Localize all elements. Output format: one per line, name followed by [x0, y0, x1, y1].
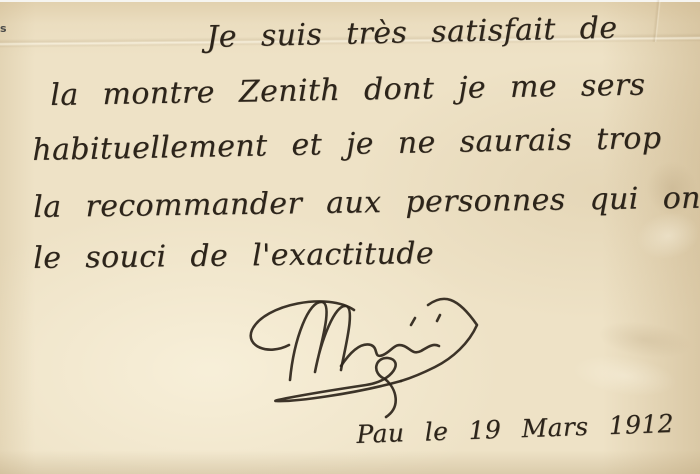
handwriting-line-1: Je suis très satisfait de	[206, 11, 618, 55]
handwriting-line-5: le souci de l'exactitude	[33, 236, 434, 276]
handwriting-line-4: la recommander aux personnes qui ont	[33, 181, 700, 225]
photo-top-edge	[0, 0, 700, 2]
handwriting-line-2: la montre Zenith dont je me sers	[50, 68, 646, 113]
signature-stroke-letters	[341, 344, 439, 366]
paper-wrinkle-bottom-right	[553, 290, 700, 420]
signature-stroke-loops	[290, 302, 350, 380]
signature-flourish-right	[401, 299, 477, 381]
signature	[224, 290, 504, 430]
signature-accent-marks	[411, 315, 440, 325]
edge-print-fragment: s	[0, 22, 7, 35]
letter-photo: s Je suis très satisfait de la montre Ze…	[0, 0, 700, 474]
handwriting-line-3: habituellement et je ne saurais trop	[32, 121, 662, 168]
signature-underline-flourish	[275, 358, 401, 401]
